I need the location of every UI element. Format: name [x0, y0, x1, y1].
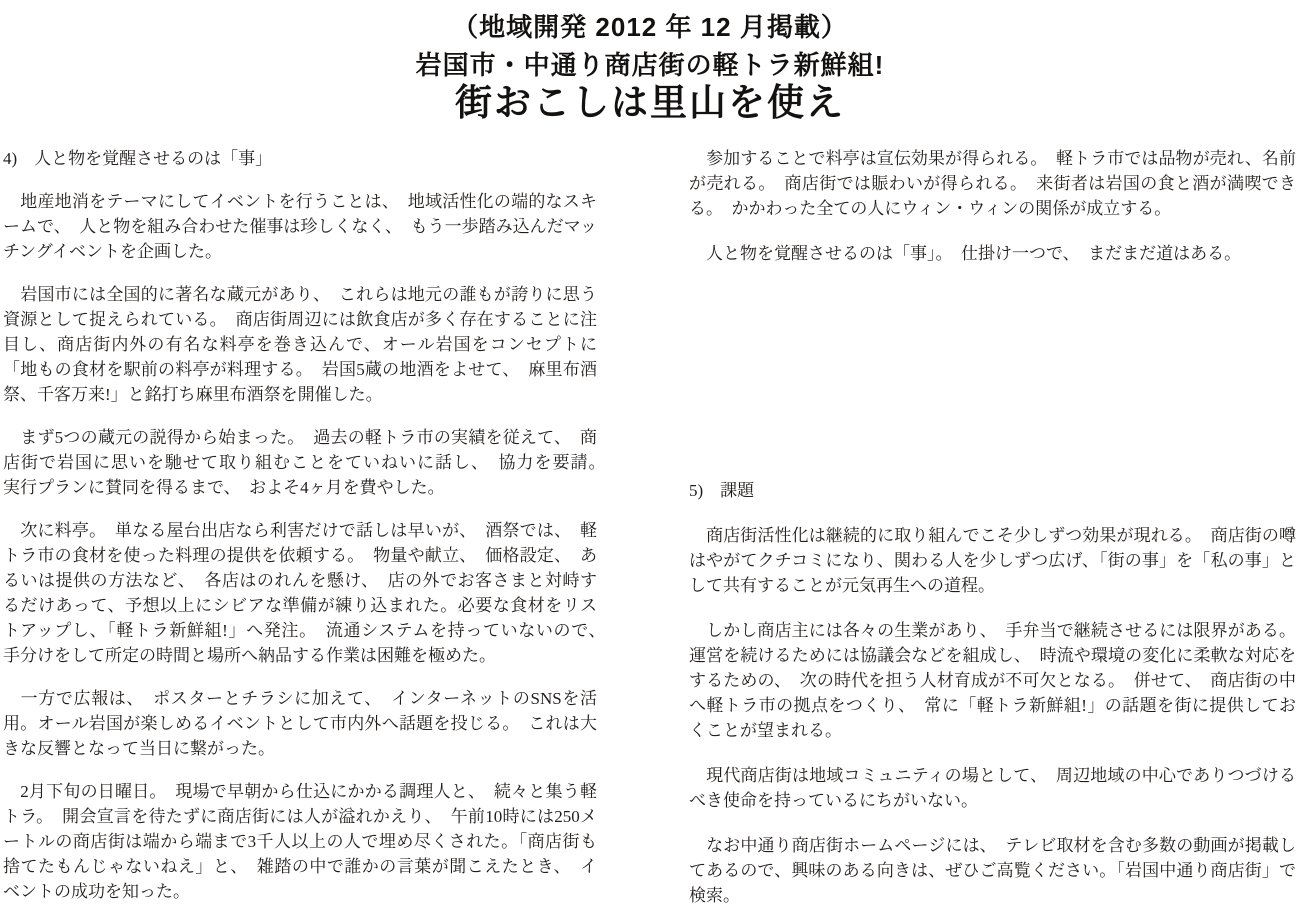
article-title: 街おこしは里山を使え [0, 82, 1300, 124]
section-5-heading: 5) 課題 [689, 478, 1296, 503]
right-paragraph-5: 現代商店街は地域コミュニティの場として、 周辺地域の中心でありつづけるべき使命を… [689, 763, 1296, 813]
left-paragraph-1: 地産地消をテーマにしてイベントを行うことは、 地域活性化の端的なスキームで、 人… [3, 189, 597, 264]
left-paragraph-6: 2月下旬の日曜日。 現場で早朝から仕込にかかる調理人と、 続々と集う軽トラ。 開… [3, 779, 597, 904]
right-column: 参加することで料亭は宣伝効果が得られる。 軽トラ市では品物が売れ、名前が売れる。… [689, 146, 1296, 906]
publication-note: （地域開発 2012 年 12 月掲載） [0, 6, 1300, 48]
right-paragraph-6: なお中通り商店街ホームページには、 テレビ取材を含む多数の動画が掲載してあるので… [689, 833, 1296, 906]
left-paragraph-2: 岩国市には全国的に著名な蔵元があり、 これらは地元の誰もが誇りに思う資源として捉… [3, 282, 597, 407]
right-paragraph-3: 商店街活性化は継続的に取り組んでこそ少しずつ効果が現れる。 商店街の噂はやがてク… [689, 523, 1296, 598]
left-paragraph-4: 次に料亭。 単なる屋台出店なら利害だけで話しは早いが、 酒祭では、 軽トラ市の食… [3, 518, 597, 668]
left-paragraph-3: まず5つの蔵元の説得から始まった。 過去の軽トラ市の実績を従えて、 商店街で岩国… [3, 425, 597, 500]
article-header: （地域開発 2012 年 12 月掲載） 岩国市・中通り商店街の軽トラ新鮮組! … [0, 6, 1300, 124]
article-subtitle: 岩国市・中通り商店街の軽トラ新鮮組! [0, 48, 1300, 82]
left-column: 4) 人と物を覚醒させるのは「事」 地産地消をテーマにしてイベントを行うことは、… [3, 146, 597, 904]
right-paragraph-1: 参加することで料亭は宣伝効果が得られる。 軽トラ市では品物が売れ、名前が売れる。… [689, 146, 1296, 221]
right-paragraph-2: 人と物を覚醒させるのは「事」。 仕掛け一つで、 まだまだ道はある。 [689, 241, 1296, 266]
article-page: （地域開発 2012 年 12 月掲載） 岩国市・中通り商店街の軽トラ新鮮組! … [0, 0, 1300, 906]
section-4-heading: 4) 人と物を覚醒させるのは「事」 [3, 146, 597, 171]
right-paragraph-4: しかし商店主には各々の生業があり、 手弁当で継続させるには限界がある。運営を続け… [689, 618, 1296, 743]
left-paragraph-5: 一方で広報は、 ポスターとチラシに加えて、 インターネットのSNSを活用。オール… [3, 686, 597, 761]
